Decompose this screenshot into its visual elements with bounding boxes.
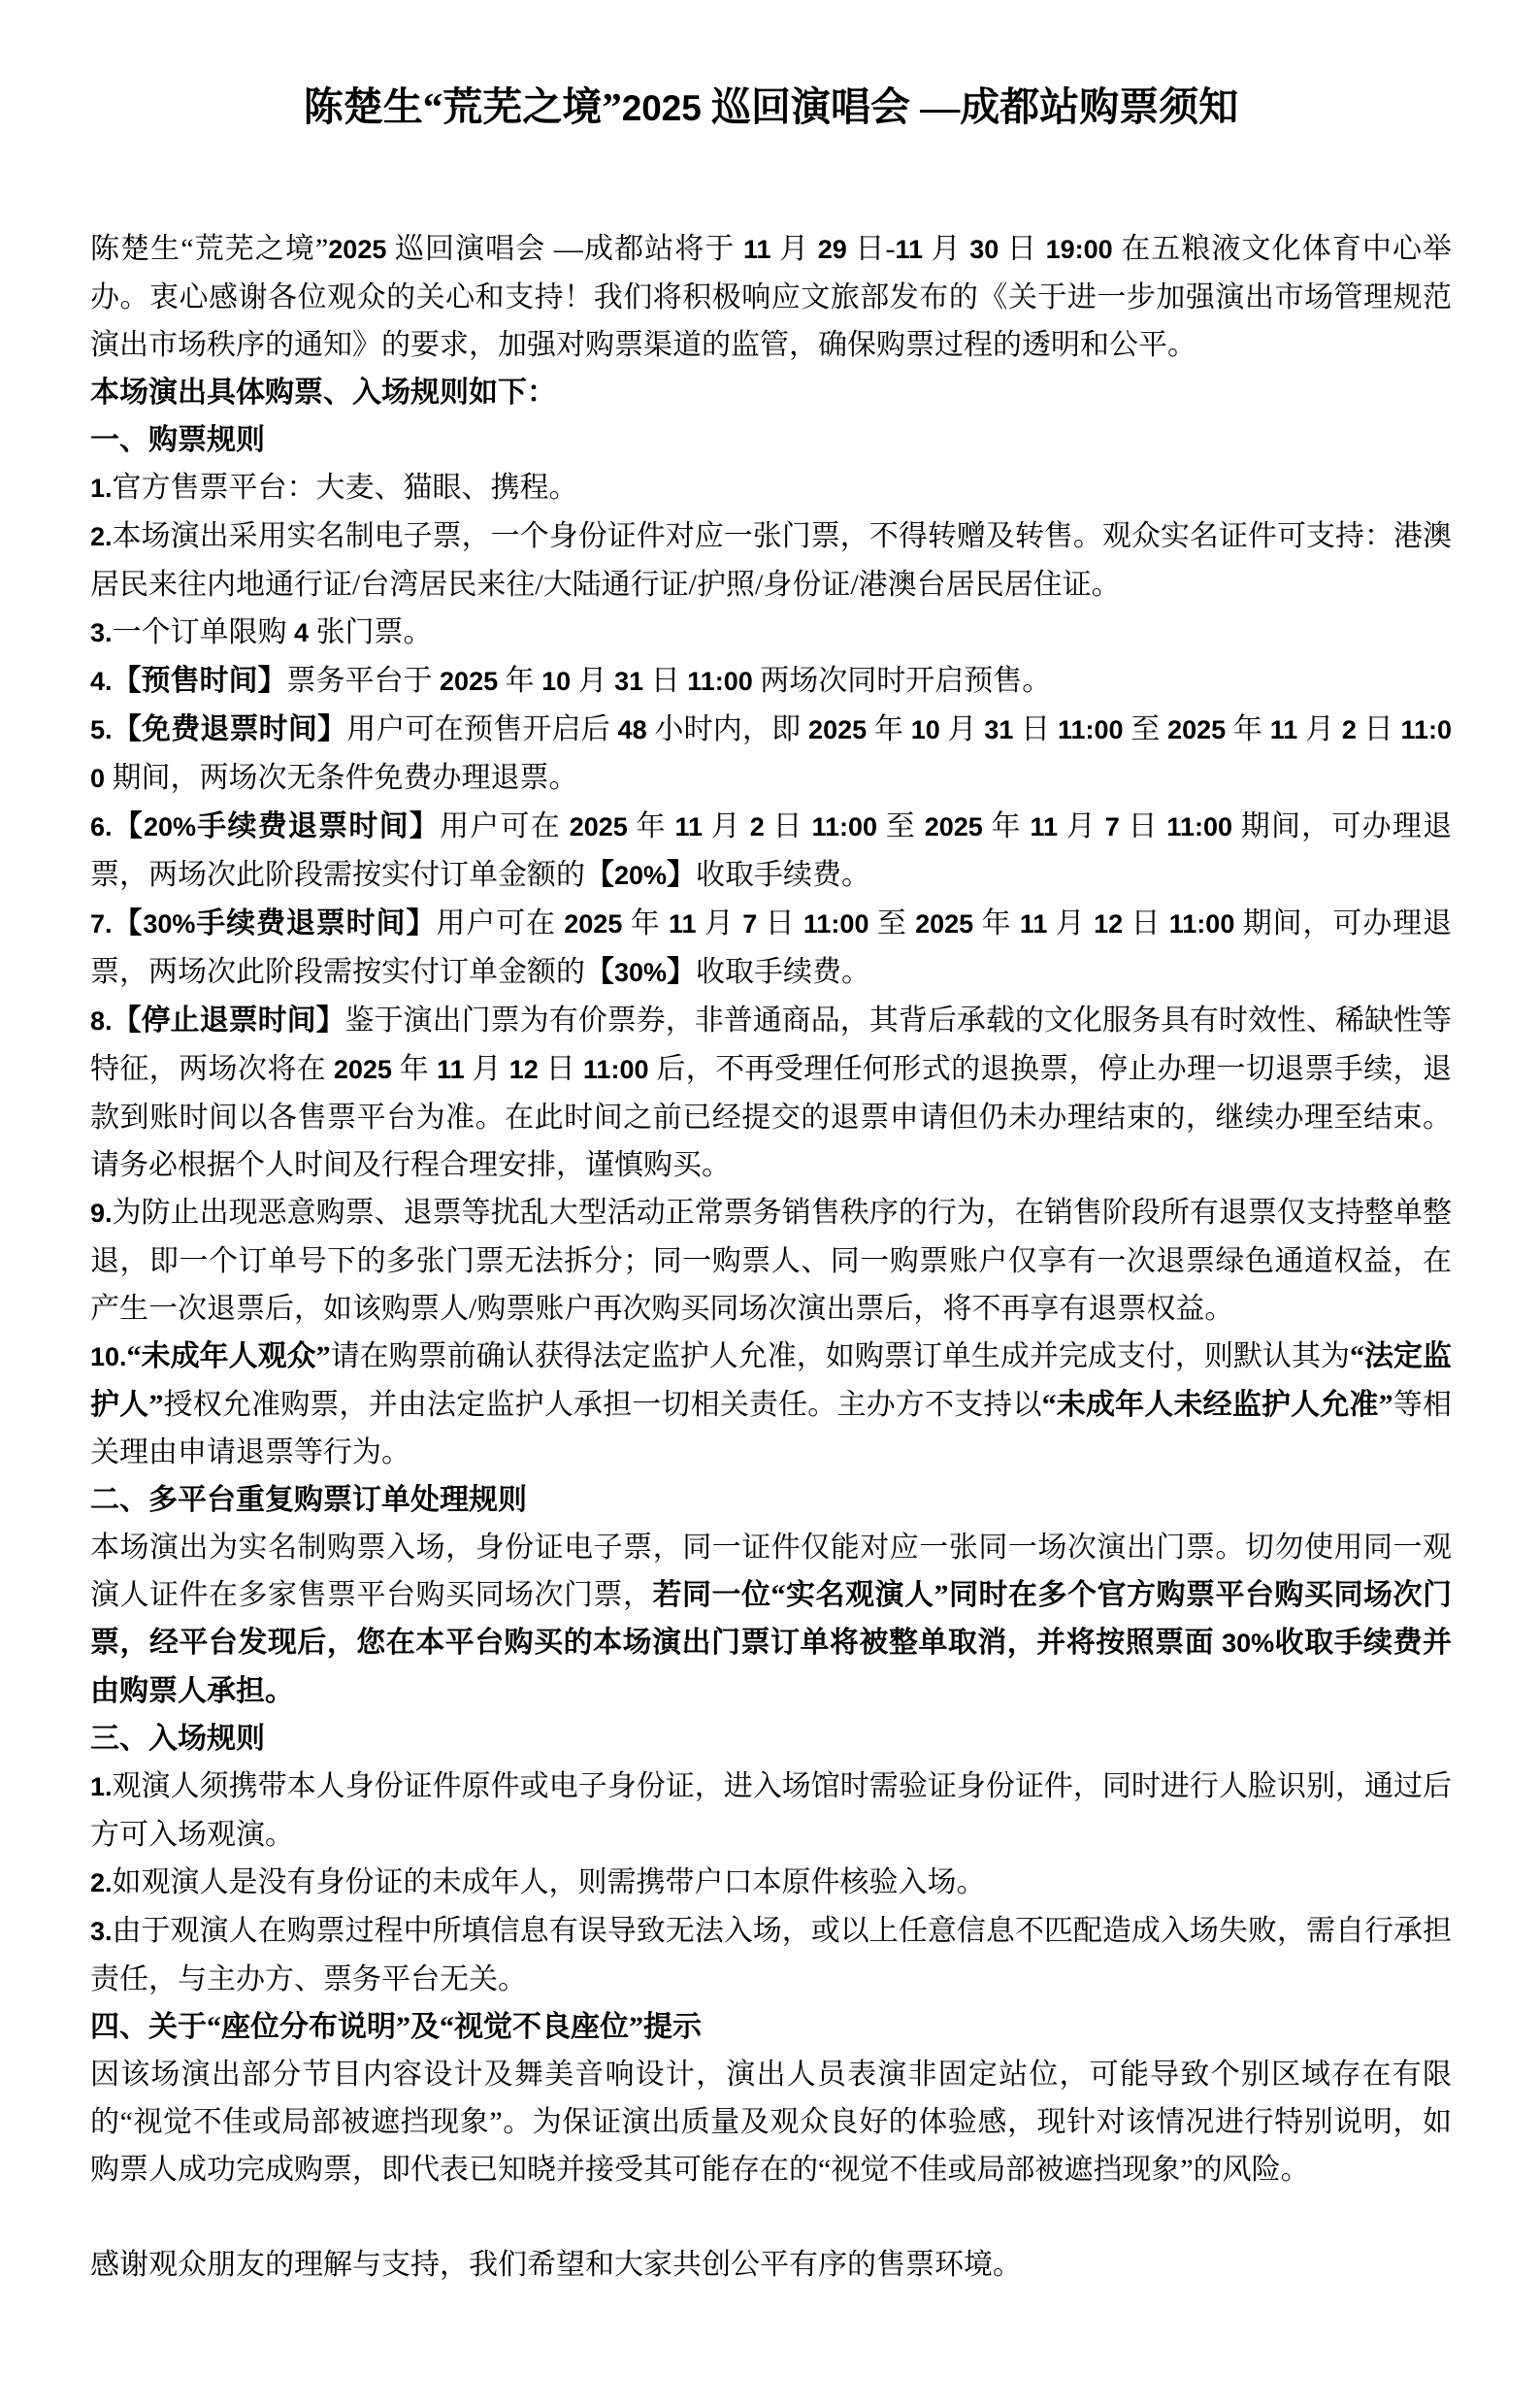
paragraph: 因该场演出部分节目内容设计及舞美音响设计，演出人员表演非固定站位，可能导致个别区… <box>90 2051 1452 2193</box>
number-text: 2 <box>1342 715 1357 744</box>
text-run: 4. <box>90 665 113 697</box>
number-text: 11 <box>437 1055 465 1084</box>
bold-text-run: 三、入场规则 <box>90 1723 265 1755</box>
number-text: 11:00 <box>687 667 753 696</box>
section-heading: 一、购票规则 <box>90 416 1452 464</box>
paragraph: 2.本场演出采用实名制电子票，一个身份证件对应一张门票，不得转赠及转售。观众实名… <box>90 512 1452 609</box>
number-text: 7 <box>742 909 757 939</box>
paragraph: 感谢观众朋友的理解与支持，我们希望和大家共创公平有序的售票环境。 <box>90 2241 1452 2289</box>
number-text: 31 <box>984 715 1013 744</box>
text-run: 3.一个订单限购 4 张门票。 <box>90 616 433 648</box>
number-text: 11:00 <box>583 1055 649 1084</box>
number-text: 2025 <box>328 235 386 264</box>
number-text: 2025 <box>570 812 628 841</box>
bold-text-run: 一、购票规则 <box>90 424 265 456</box>
number-text: 10. <box>90 1342 127 1371</box>
text-run: 收取手续费。 <box>696 859 870 891</box>
paragraph: 6.【20%手续费退票时间】用户可在 2025 年 11 月 2 日 11:00… <box>90 803 1452 900</box>
number-text: 30% <box>614 958 667 987</box>
bold-text-run: 四、关于“座位分布说明”及“视觉不良座位”提示 <box>90 2011 702 2043</box>
number-text: 11:00 <box>811 812 877 841</box>
text-run: 5. <box>90 713 113 745</box>
text-run: 感谢观众朋友的理解与支持，我们希望和大家共创公平有序的售票环境。 <box>90 2249 1022 2281</box>
text-run: 授权允准购票，并由法定监护人承担一切相关责任。主办方不支持以 <box>163 1389 1041 1421</box>
text-run: 票务平台于 2025 年 10 月 31 日 11:00 两场次同时开启预售。 <box>287 665 1052 697</box>
paragraph: 2.如观演人是没有身份证的未成年人，则需携带户口本原件核验入场。 <box>90 1859 1452 1907</box>
number-text: 4. <box>90 667 113 696</box>
paragraph: 3.一个订单限购 4 张门票。 <box>90 609 1452 657</box>
text-run: 收取手续费。 <box>696 956 870 988</box>
bold-text-run: 陈楚生“荒芜之境”2025 巡回演唱会 —成都站购票须知 <box>304 84 1239 129</box>
number-text: 12 <box>1094 909 1123 939</box>
number-text: 11:00 <box>803 909 869 939</box>
number-text: 2025 <box>1167 715 1226 744</box>
paragraph <box>90 2193 1452 2241</box>
bold-text-run: “未成年人观众” <box>127 1340 331 1372</box>
number-text: 2025 <box>925 812 983 841</box>
number-text: 1. <box>90 474 113 503</box>
text-run: 6. <box>90 810 113 842</box>
number-text: 6. <box>90 812 113 841</box>
number-text: 11:00 <box>1058 715 1124 744</box>
number-text: 10 <box>911 715 940 744</box>
number-text: 11 <box>1270 715 1298 744</box>
number-text: 48 <box>618 715 647 744</box>
section-heading: 本场演出具体购票、入场规则如下： <box>90 369 1452 416</box>
text-run: 1.官方售票平台：大麦、猫眼、携程。 <box>90 472 578 504</box>
number-text: 4 <box>294 618 309 647</box>
text-run: 因该场演出部分节目内容设计及舞美音响设计，演出人员表演非固定站位，可能导致个别区… <box>90 2059 1452 2186</box>
number-text: 11:00 <box>1166 812 1232 841</box>
paragraph: 4.【预售时间】票务平台于 2025 年 10 月 31 日 11:00 两场次… <box>90 657 1452 706</box>
text-run: 9.为防止出现恶意购票、退票等扰乱大型活动正常票务销售秩序的行为，在销售阶段所有… <box>90 1197 1452 1325</box>
document-body: 陈楚生“荒芜之境”2025 巡回演唱会 —成都站将于 11 月 29 日-11 … <box>90 225 1452 2289</box>
paragraph: 本场演出为实名制购票入场，身份证电子票，同一证件仅能对应一张同一场次演出门票。切… <box>90 1524 1452 1715</box>
bold-text-run: “未成年人未经监护人允准” <box>1042 1389 1393 1421</box>
paragraph: 1.官方售票平台：大麦、猫眼、携程。 <box>90 464 1452 512</box>
text-run: 7. <box>90 907 113 939</box>
number-text: 11 <box>895 235 923 264</box>
number-text: 7. <box>90 909 113 939</box>
section-heading: 二、多平台重复购票订单处理规则 <box>90 1476 1452 1524</box>
number-text: 3. <box>90 1917 113 1946</box>
paragraph: 8.【停止退票时间】鉴于演出门票为有价票券，非普通商品，其背后承载的文化服务具有… <box>90 997 1452 1189</box>
number-text: 30 <box>969 235 999 264</box>
bold-text-run: 【停止退票时间】 <box>113 1005 345 1037</box>
number-text: 11 <box>1030 812 1058 841</box>
text-run: 2.本场演出采用实名制电子票，一个身份证件对应一张门票，不得转赠及转售。观众实名… <box>90 520 1452 601</box>
number-text: 2025 <box>440 667 498 696</box>
number-text: 10 <box>541 667 571 696</box>
bold-text-run: 本场演出具体购票、入场规则如下： <box>90 377 556 409</box>
number-text: 2025 <box>915 909 973 939</box>
number-text: 5. <box>90 715 113 744</box>
number-text: 2025 <box>622 88 702 128</box>
text-run: 1.观演人须携带本人身份证件原件或电子身份证，进入场馆时需验证身份证件，同时进行… <box>90 1770 1452 1851</box>
number-text: 11:00 <box>1169 909 1235 939</box>
number-text: 30% <box>1222 1629 1274 1658</box>
paragraph: 3.由于观演人在购票过程中所填信息有误导致无法入场，或以上任意信息不匹配造成入场… <box>90 1907 1452 2003</box>
number-text: 29 <box>818 235 847 264</box>
number-text: 20% <box>614 861 667 890</box>
number-text: 3. <box>90 618 113 647</box>
number-text: 9. <box>90 1199 113 1228</box>
paragraph: 陈楚生“荒芜之境”2025 巡回演唱会 —成都站将于 11 月 29 日-11 … <box>90 225 1452 369</box>
number-text: 2. <box>90 1868 113 1897</box>
number-text: 2. <box>90 522 113 551</box>
bold-text-run: 【20%手续费退票时间】 <box>113 810 441 842</box>
number-text: 30% <box>143 909 195 939</box>
number-text: 31 <box>614 667 643 696</box>
number-text: 2025 <box>564 909 622 939</box>
number-text: 11 <box>674 812 703 841</box>
paragraph: 1.观演人须携带本人身份证件原件或电子身份证，进入场馆时需验证身份证件，同时进行… <box>90 1763 1452 1859</box>
text-run: 3.由于观演人在购票过程中所填信息有误导致无法入场，或以上任意信息不匹配造成入场… <box>90 1915 1452 1995</box>
text-run: 8. <box>90 1005 113 1037</box>
paragraph: 5.【免费退票时间】用户可在预售开启后 48 小时内，即 2025 年 10 月… <box>90 706 1452 803</box>
number-text: 2025 <box>808 715 867 744</box>
number-text: 20% <box>144 812 196 841</box>
number-text: 12 <box>509 1055 539 1084</box>
number-text: 2025 <box>334 1055 392 1084</box>
number-text: 7 <box>1105 812 1120 841</box>
number-text: 2 <box>750 812 765 841</box>
text-run: 请在购票前确认获得法定监护人允准，如购票订单生成并完成支付，则默认其为 <box>331 1340 1350 1372</box>
number-text: 11 <box>669 909 697 939</box>
number-text: 11 <box>1020 909 1048 939</box>
bold-text-run: 【30%手续费退票时间】 <box>113 907 437 939</box>
document-page: 陈楚生“荒芜之境”2025 巡回演唱会 —成都站购票须知 陈楚生“荒芜之境”20… <box>0 0 1540 2406</box>
text-run: 陈楚生“荒芜之境”2025 巡回演唱会 —成都站将于 11 月 29 日-11 … <box>90 233 1452 361</box>
bold-text-run: 【预售时间】 <box>113 665 287 697</box>
section-heading: 三、入场规则 <box>90 1715 1452 1763</box>
number-text: 1. <box>90 1772 113 1801</box>
section-heading: 四、关于“座位分布说明”及“视觉不良座位”提示 <box>90 2003 1452 2051</box>
text-run: 2.如观演人是没有身份证的未成年人，则需携带户口本原件核验入场。 <box>90 1866 986 1898</box>
number-text: 11 <box>743 235 771 264</box>
bold-text-run: 【免费退票时间】 <box>113 713 347 745</box>
page-title: 陈楚生“荒芜之境”2025 巡回演唱会 —成都站购票须知 <box>90 80 1452 136</box>
paragraph: 10.“未成年人观众”请在购票前确认获得法定监护人允准，如购票订单生成并完成支付… <box>90 1333 1452 1476</box>
text-run: 10. <box>90 1340 127 1372</box>
bold-text-run: 二、多平台重复购票订单处理规则 <box>90 1484 527 1516</box>
number-text: 8. <box>90 1006 113 1036</box>
bold-text-run: 【20%】 <box>585 859 696 891</box>
bold-text-run: 【30%】 <box>585 956 696 988</box>
number-text: 19:00 <box>1046 235 1113 264</box>
paragraph: 9.为防止出现恶意购票、退票等扰乱大型活动正常票务销售秩序的行为，在销售阶段所有… <box>90 1189 1452 1333</box>
paragraph: 7.【30%手续费退票时间】用户可在 2025 年 11 月 7 日 11:00… <box>90 900 1452 997</box>
